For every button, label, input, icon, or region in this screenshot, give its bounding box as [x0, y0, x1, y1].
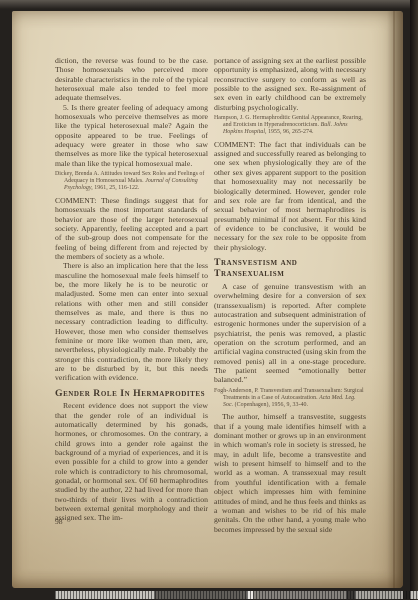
paragraph-comment: COMMENT: These findings suggest that for… — [55, 196, 208, 261]
citation-text: 1955, 96, 265-274. — [267, 129, 314, 135]
book-edge-shadow — [410, 0, 418, 600]
citation-hampson: Hampson, J. G. Hermaphroditic Genital Ap… — [214, 115, 366, 136]
paragraph-continuation: portance of assigning sex at the earlies… — [214, 56, 366, 112]
left-column: diction, the reverse was found to be the… — [55, 56, 208, 523]
comment-italic-word: sex — [273, 233, 283, 242]
citation-dickey: Dickey, Brenda A. Attitudes toward Sex R… — [55, 171, 208, 192]
comment-text: COMMENT: The fact that individuals can b… — [214, 140, 366, 242]
section-heading-gender-role: Gender Role In Hermaprodites — [55, 388, 208, 400]
ruler-segment — [253, 591, 347, 599]
ruler-segment — [355, 591, 403, 599]
paragraph-question-5: 5. Is there greater feeling of adequacy … — [55, 103, 208, 168]
scan-frame-top-shading — [0, 0, 418, 9]
citation-fogh-anderson: Fogh-Anderson, P. Transvestism and Trans… — [214, 388, 366, 409]
ruler-segment — [155, 591, 247, 599]
page-number: 98 — [55, 517, 63, 526]
citation-text: 1961, 25, 116-122. — [93, 185, 140, 191]
ruler-segment — [55, 591, 155, 599]
paragraph-continuation: diction, the reverse was found to be the… — [55, 56, 208, 103]
citation-text: (Copenhagen), 1956, 9, 33-40. — [233, 402, 308, 408]
right-column: portance of assigning sex at the earlies… — [214, 56, 366, 534]
ruler-segment — [347, 591, 355, 599]
paragraph-author-view: The author, himself a transvestite, sugg… — [214, 412, 366, 533]
section-heading-transvestism: Transvestism and Transexualism — [214, 257, 366, 280]
paragraph-comment: COMMENT: The fact that individuals can b… — [214, 140, 366, 252]
paragraph-case-report: A case of genuine transvestism with an o… — [214, 282, 366, 385]
calibration-ruler — [55, 591, 418, 599]
scanned-page: diction, the reverse was found to be the… — [12, 11, 403, 588]
paragraph-implication: There is also an implication here that t… — [55, 261, 208, 382]
ruler-segment — [403, 591, 410, 599]
ruler-segment — [410, 591, 418, 599]
paragraph-recent-evidence: Recent evidence does not support the vie… — [55, 401, 208, 522]
